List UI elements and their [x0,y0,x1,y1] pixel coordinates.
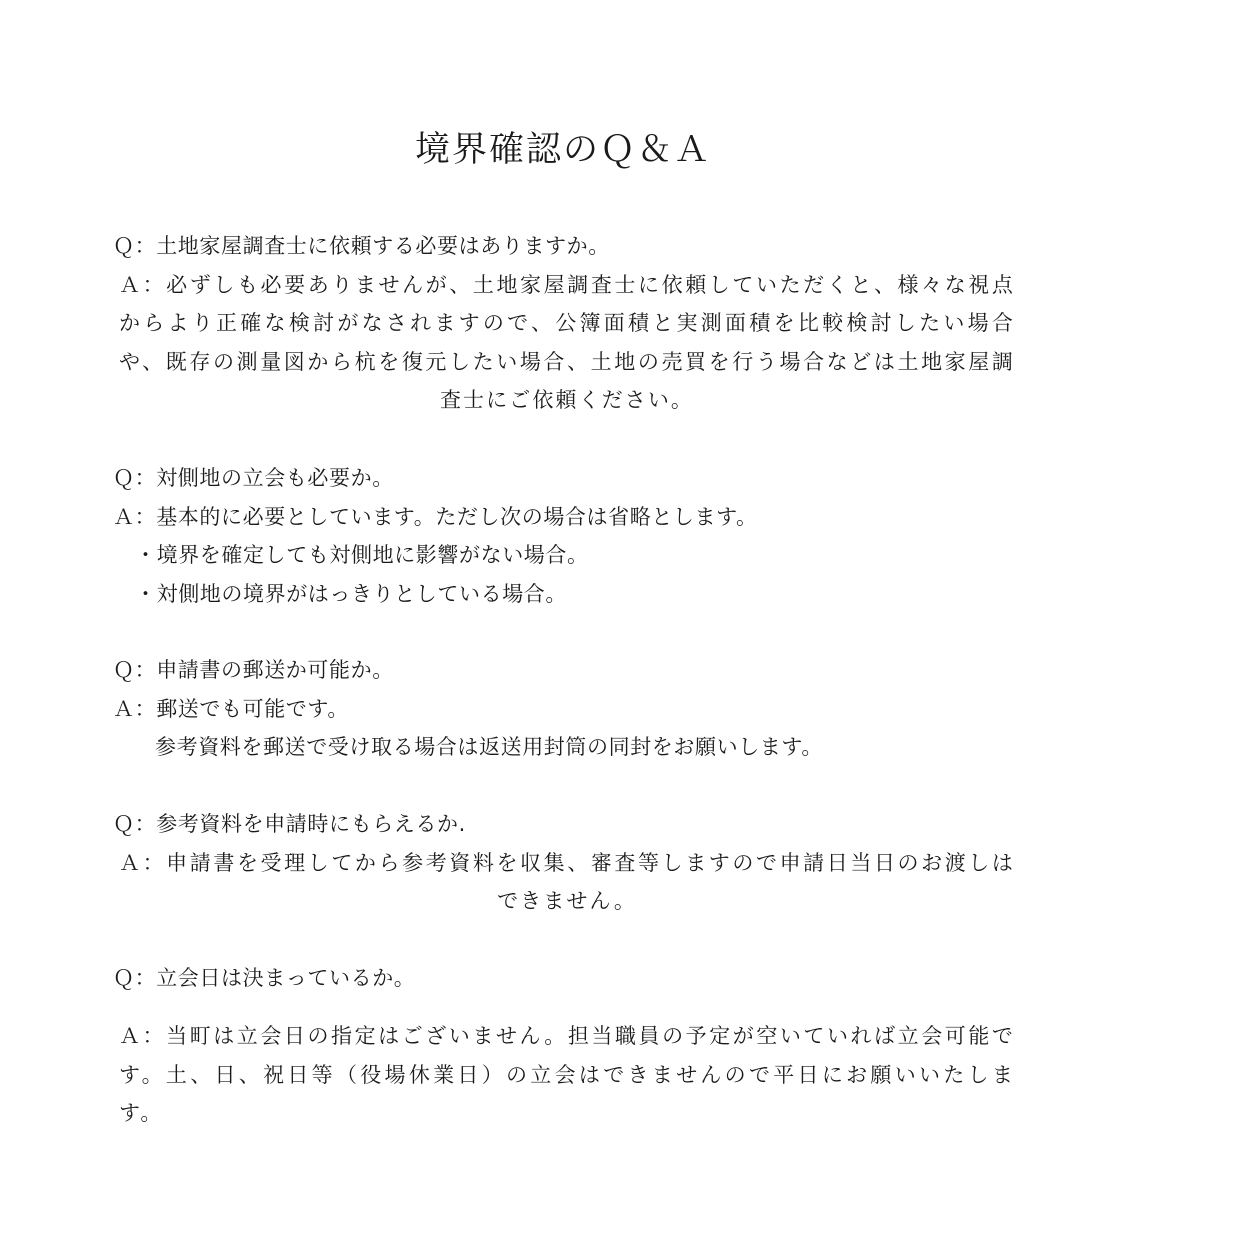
answer-1: Ａ：必ずしも必要ありませんが、土地家屋調査士に依頼していただくと、様々な視点から… [113,266,1015,420]
question-1: Ｑ：土地家屋調査士に依頼する必要はありますか。 [113,227,1015,266]
answer-2-bullet-1: ・境界を確定しても対側地に影響がない場合。 [113,536,1015,575]
answer-3: Ａ：郵送でも可能です。 [113,690,1015,729]
qa-item-3: Ｑ：申請書の郵送か可能か。 Ａ：郵送でも可能です。 参考資料を郵送で受け取る場合… [113,651,1015,767]
qa-item-1: Ｑ：土地家屋調査士に依頼する必要はありますか。 Ａ：必ずしも必要ありませんが、土… [113,227,1015,420]
answer-2: Ａ：基本的に必要としています。ただし次の場合は省略とします。 [113,498,1015,537]
answer-5: Ａ：当町は立会日の指定はございません。担当職員の予定が空いていれば立会可能です。… [113,1017,1015,1133]
question-3: Ｑ：申請書の郵送か可能か。 [113,651,1015,690]
answer-4: Ａ：申請書を受理してから参考資料を収集、審査等しますので申請日当日のお渡しはでき… [113,844,1015,921]
page-title: 境界確認のＱ＆Ａ [113,126,1015,174]
answer-2-bullet-2: ・対側地の境界がはっきりとしている場合。 [113,575,1015,614]
qa-item-4: Ｑ：参考資料を申請時にもらえるか. Ａ：申請書を受理してから参考資料を収集、審査… [113,805,1015,921]
answer-3-note: 参考資料を郵送で受け取る場合は返送用封筒の同封をお願いします。 [113,728,1015,767]
question-5: Ｑ：立会日は決まっているか。 [113,959,1015,998]
qa-item-2: Ｑ：対側地の立会も必要か。 Ａ：基本的に必要としています。ただし次の場合は省略と… [113,459,1015,613]
question-4: Ｑ：参考資料を申請時にもらえるか. [113,805,1015,844]
question-2: Ｑ：対側地の立会も必要か。 [113,459,1015,498]
qa-item-5-answer: Ａ：当町は立会日の指定はございません。担当職員の予定が空いていれば立会可能です。… [113,1017,1015,1133]
qa-item-5: Ｑ：立会日は決まっているか。 [113,959,1015,998]
